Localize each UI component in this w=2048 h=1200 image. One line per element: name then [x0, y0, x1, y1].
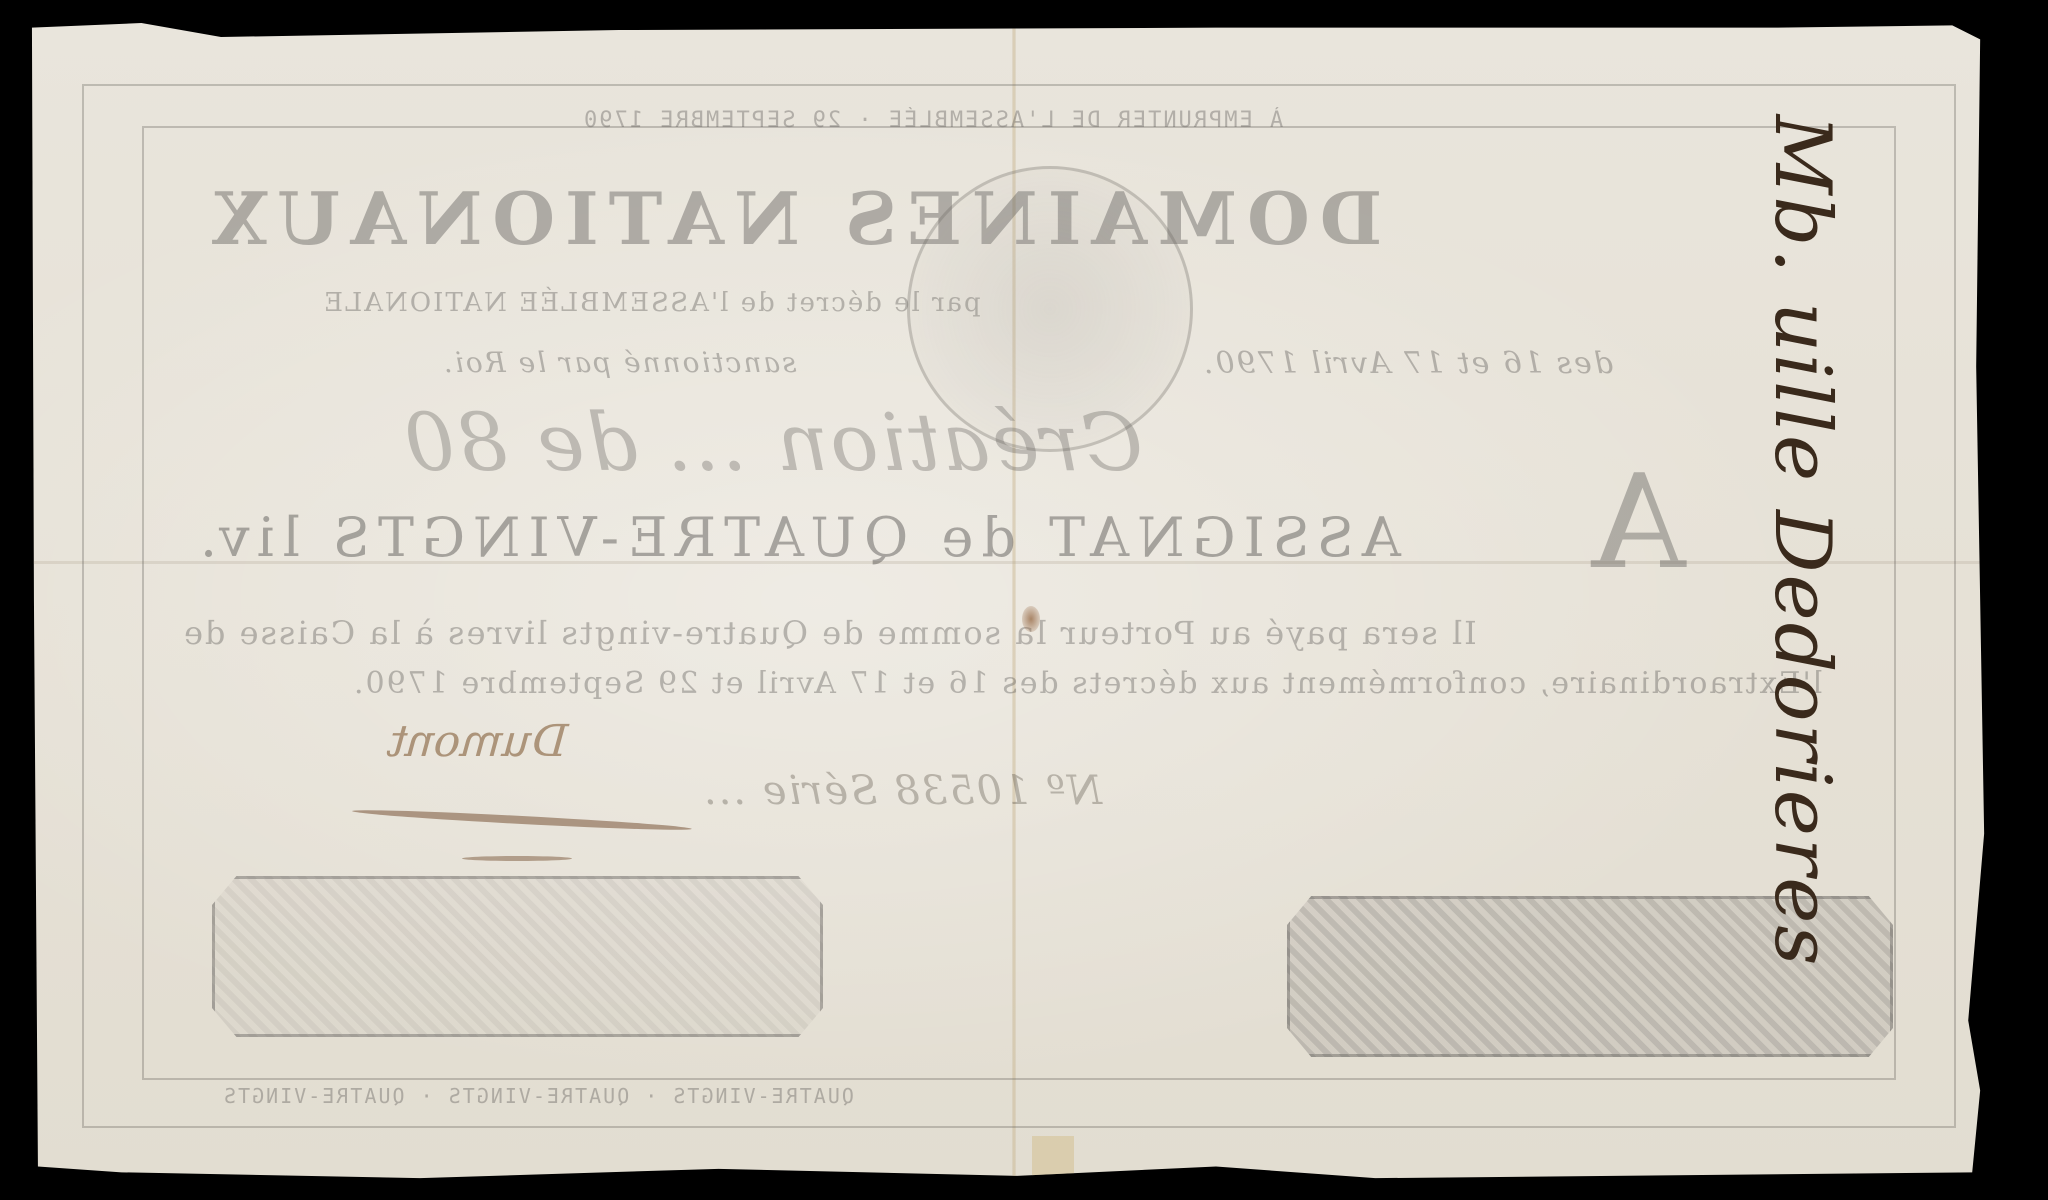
serial-number-text: Nº 10538 Série ...: [702, 768, 1102, 814]
signature: Dumont: [207, 716, 567, 776]
body-text-line-2: l'Extraordinaire, conformément aux décre…: [352, 666, 1822, 701]
denomination-text: ASSIGNAT de QUATRE-VINGTS liv.: [192, 506, 1401, 569]
bottom-strip-text: QUATRE-VINGTS · QUATRE-VINGTS · QUATRE-V…: [222, 1084, 854, 1108]
subtitle-text: par le décret de l'ASSEMBLÉE NATIONALE: [322, 288, 981, 318]
large-letter-a: A: [1592, 446, 1686, 598]
inscription-text: Mb. uille Dedorieres: [1757, 115, 1847, 968]
decree-date-text: des 16 et 17 Avril 1790.: [1202, 346, 1613, 381]
top-strip-text: À EMPRUNTER DE L'ASSEMBLÉE · 29 SEPTEMBR…: [582, 108, 1283, 133]
repair-tape: [1032, 1136, 1074, 1196]
title-text: DOMAINES NATIONAUX: [202, 176, 1382, 261]
signature-flourish-small: [462, 856, 572, 861]
royal-seal-medallion: [907, 166, 1193, 452]
signature-text: Dumont: [195, 716, 579, 767]
handwritten-inscription: Mb. uille Dedorieres: [1742, 181, 1862, 901]
sanction-text: sanctionné par le Roi.: [442, 346, 797, 379]
ornamental-panel-left: [212, 876, 823, 1037]
rust-stain: [1022, 606, 1040, 632]
body-text-line-1: Il sera payé au Porteur la somme de Quat…: [182, 614, 1477, 652]
banknote-paper: À EMPRUNTER DE L'ASSEMBLÉE · 29 SEPTEMBR…: [22, 16, 2012, 1184]
